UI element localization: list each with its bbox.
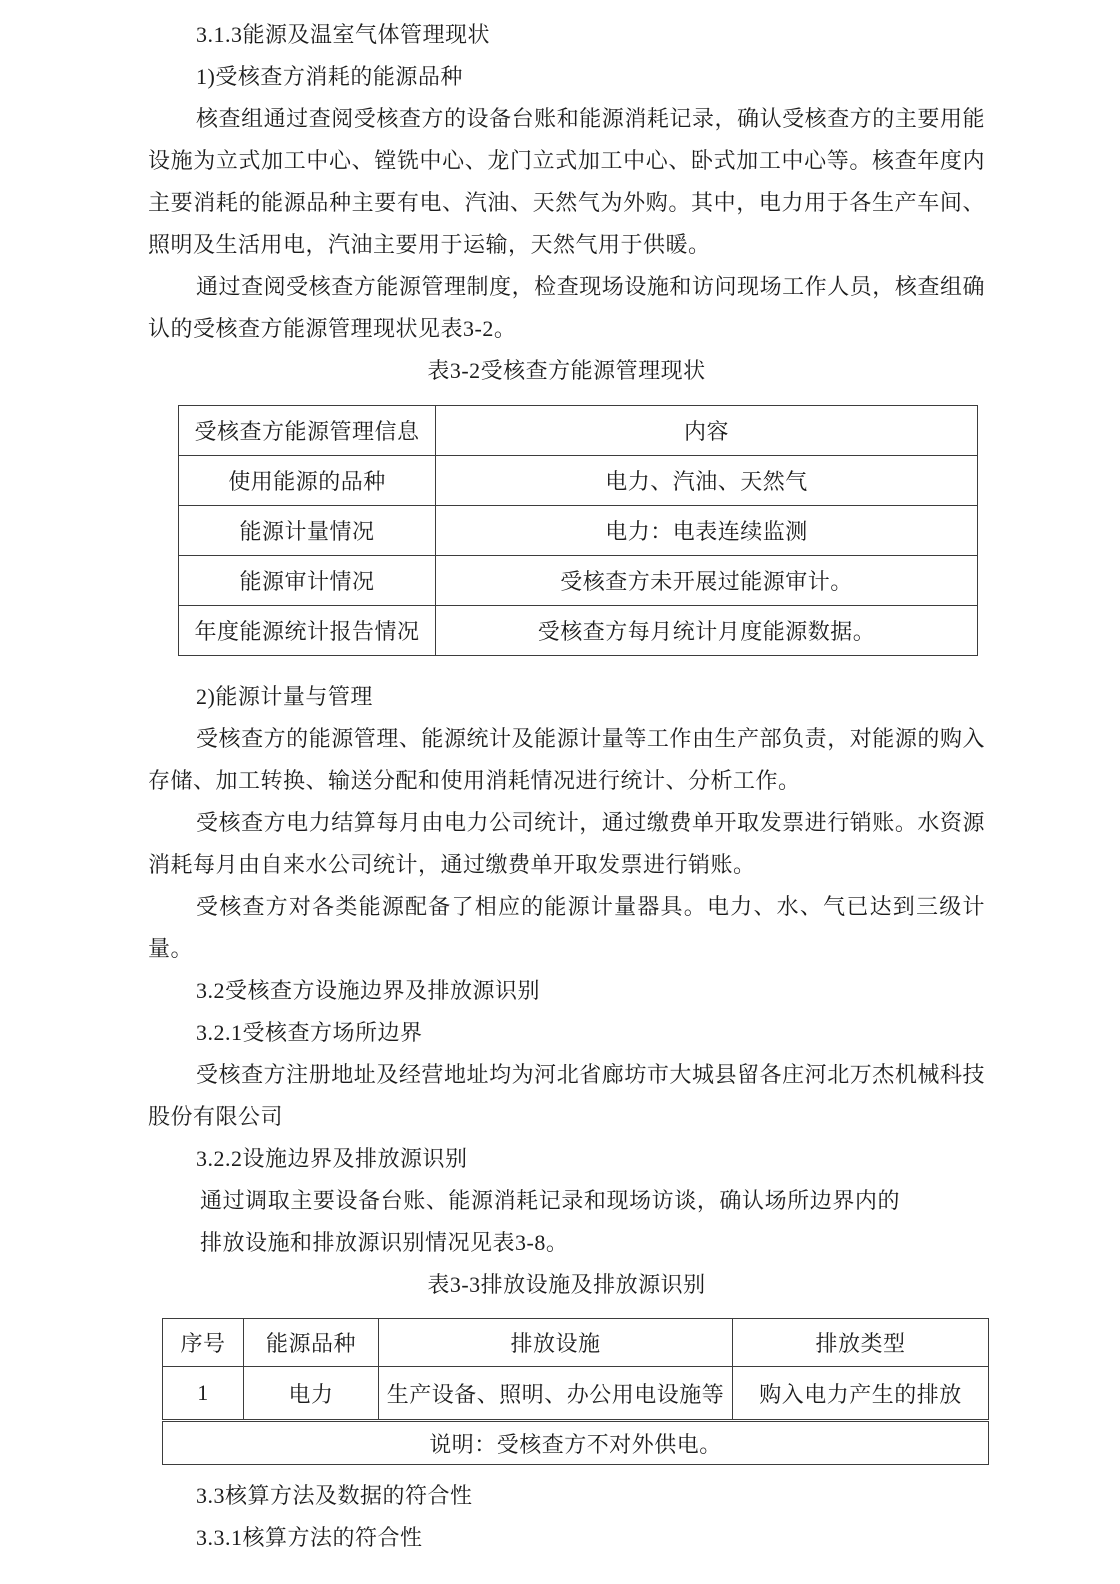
table-3-3-emission-sources: 序号 能源品种 排放设施 排放类型 1 电力 生产设备、照明、办公用电设施等 购… xyxy=(162,1318,989,1465)
para-meters: 受核查方对各类能源配备了相应的能源计量器具。电力、水、气已达到三级计量。 xyxy=(148,886,985,970)
table-cell-label: 能源计量情况 xyxy=(179,506,436,556)
heading-3-1-3: 3.1.3能源及温室气体管理现状 xyxy=(148,14,985,56)
table-note: 说明：受核查方不对外供电。 xyxy=(163,1421,989,1465)
para-energy-types: 核查组通过查阅受核查方的设备台账和能源消耗记录，确认受核查方的主要用能设施为立式… xyxy=(148,98,985,266)
table-header-row: 序号 能源品种 排放设施 排放类型 xyxy=(163,1319,989,1367)
heading-3-2-2: 3.2.2设施边界及排放源识别 xyxy=(148,1138,985,1180)
heading-3-3-1: 3.3.1核算方法的符合性 xyxy=(148,1517,985,1559)
table-cell-no: 1 xyxy=(163,1367,244,1421)
table-row: 能源审计情况 受核查方未开展过能源审计。 xyxy=(179,556,978,606)
report-page: 3.1.3能源及温室气体管理现状 1)受核查方消耗的能源品种 核查组通过查阅受核… xyxy=(0,0,1120,1584)
heading-energy-metering: 2)能源计量与管理 xyxy=(148,676,985,718)
heading-energy-types: 1)受核查方消耗的能源品种 xyxy=(148,56,985,98)
para-address: 受核查方注册地址及经营地址均为河北省廊坊市大城县留各庄河北万杰机械科技股份有限公… xyxy=(148,1054,985,1138)
heading-3-3: 3.3核算方法及数据的符合性 xyxy=(148,1475,985,1517)
table-row: 1 电力 生产设备、照明、办公用电设施等 购入电力产生的排放 xyxy=(163,1367,989,1421)
para-boundary: 通过调取主要设备台账、能源消耗记录和现场访谈，确认场所边界内的排放设施和排放源识… xyxy=(200,1180,900,1264)
para-billing: 受核查方电力结算每月由电力公司统计，通过缴费单开取发票进行销账。水资源消耗每月由… xyxy=(148,802,985,886)
para-metering-resp: 受核查方的能源管理、能源统计及能源计量等工作由生产部负责，对能源的购入存储、加工… xyxy=(148,718,985,802)
table-cell-content: 电力、汽油、天然气 xyxy=(436,456,978,506)
table-cell-energy: 电力 xyxy=(244,1367,379,1421)
table-cell-facility: 生产设备、照明、办公用电设施等 xyxy=(379,1367,733,1421)
heading-3-2: 3.2受核查方设施边界及排放源识别 xyxy=(148,970,985,1012)
header-cell-facility: 排放设施 xyxy=(379,1319,733,1367)
table-row: 使用能源的品种 电力、汽油、天然气 xyxy=(179,456,978,506)
heading-3-2-1: 3.2.1受核查方场所边界 xyxy=(148,1012,985,1054)
table-cell-label: 能源审计情况 xyxy=(179,556,436,606)
table-3-2-energy-management: 受核查方能源管理信息 内容 使用能源的品种 电力、汽油、天然气 能源计量情况 电… xyxy=(178,405,978,656)
table-cell-content: 受核查方每月统计月度能源数据。 xyxy=(436,606,978,656)
table-row: 能源计量情况 电力：电表连续监测 xyxy=(179,506,978,556)
table-cell-content: 电力：电表连续监测 xyxy=(436,506,978,556)
table-cell-label: 年度能源统计报告情况 xyxy=(179,606,436,656)
table-cell-type: 购入电力产生的排放 xyxy=(733,1367,989,1421)
table-3-2-caption: 表3-2受核查方能源管理现状 xyxy=(148,350,985,392)
header-cell-no: 序号 xyxy=(163,1319,244,1367)
para-mgmt-intro: 通过查阅受核查方能源管理制度，检查现场设施和访问现场工作人员，核查组确认的受核查… xyxy=(148,266,985,350)
header-cell-energy: 能源品种 xyxy=(244,1319,379,1367)
header-cell-type: 排放类型 xyxy=(733,1319,989,1367)
table-cell-content: 受核查方未开展过能源审计。 xyxy=(436,556,978,606)
table-cell-content: 内容 xyxy=(436,406,978,456)
table-note-row: 说明：受核查方不对外供电。 xyxy=(163,1421,989,1465)
table-cell-label: 使用能源的品种 xyxy=(179,456,436,506)
table-row: 受核查方能源管理信息 内容 xyxy=(179,406,978,456)
table-cell-label: 受核查方能源管理信息 xyxy=(179,406,436,456)
table-3-3-caption: 表3-3排放设施及排放源识别 xyxy=(148,1264,985,1306)
table-row: 年度能源统计报告情况 受核查方每月统计月度能源数据。 xyxy=(179,606,978,656)
